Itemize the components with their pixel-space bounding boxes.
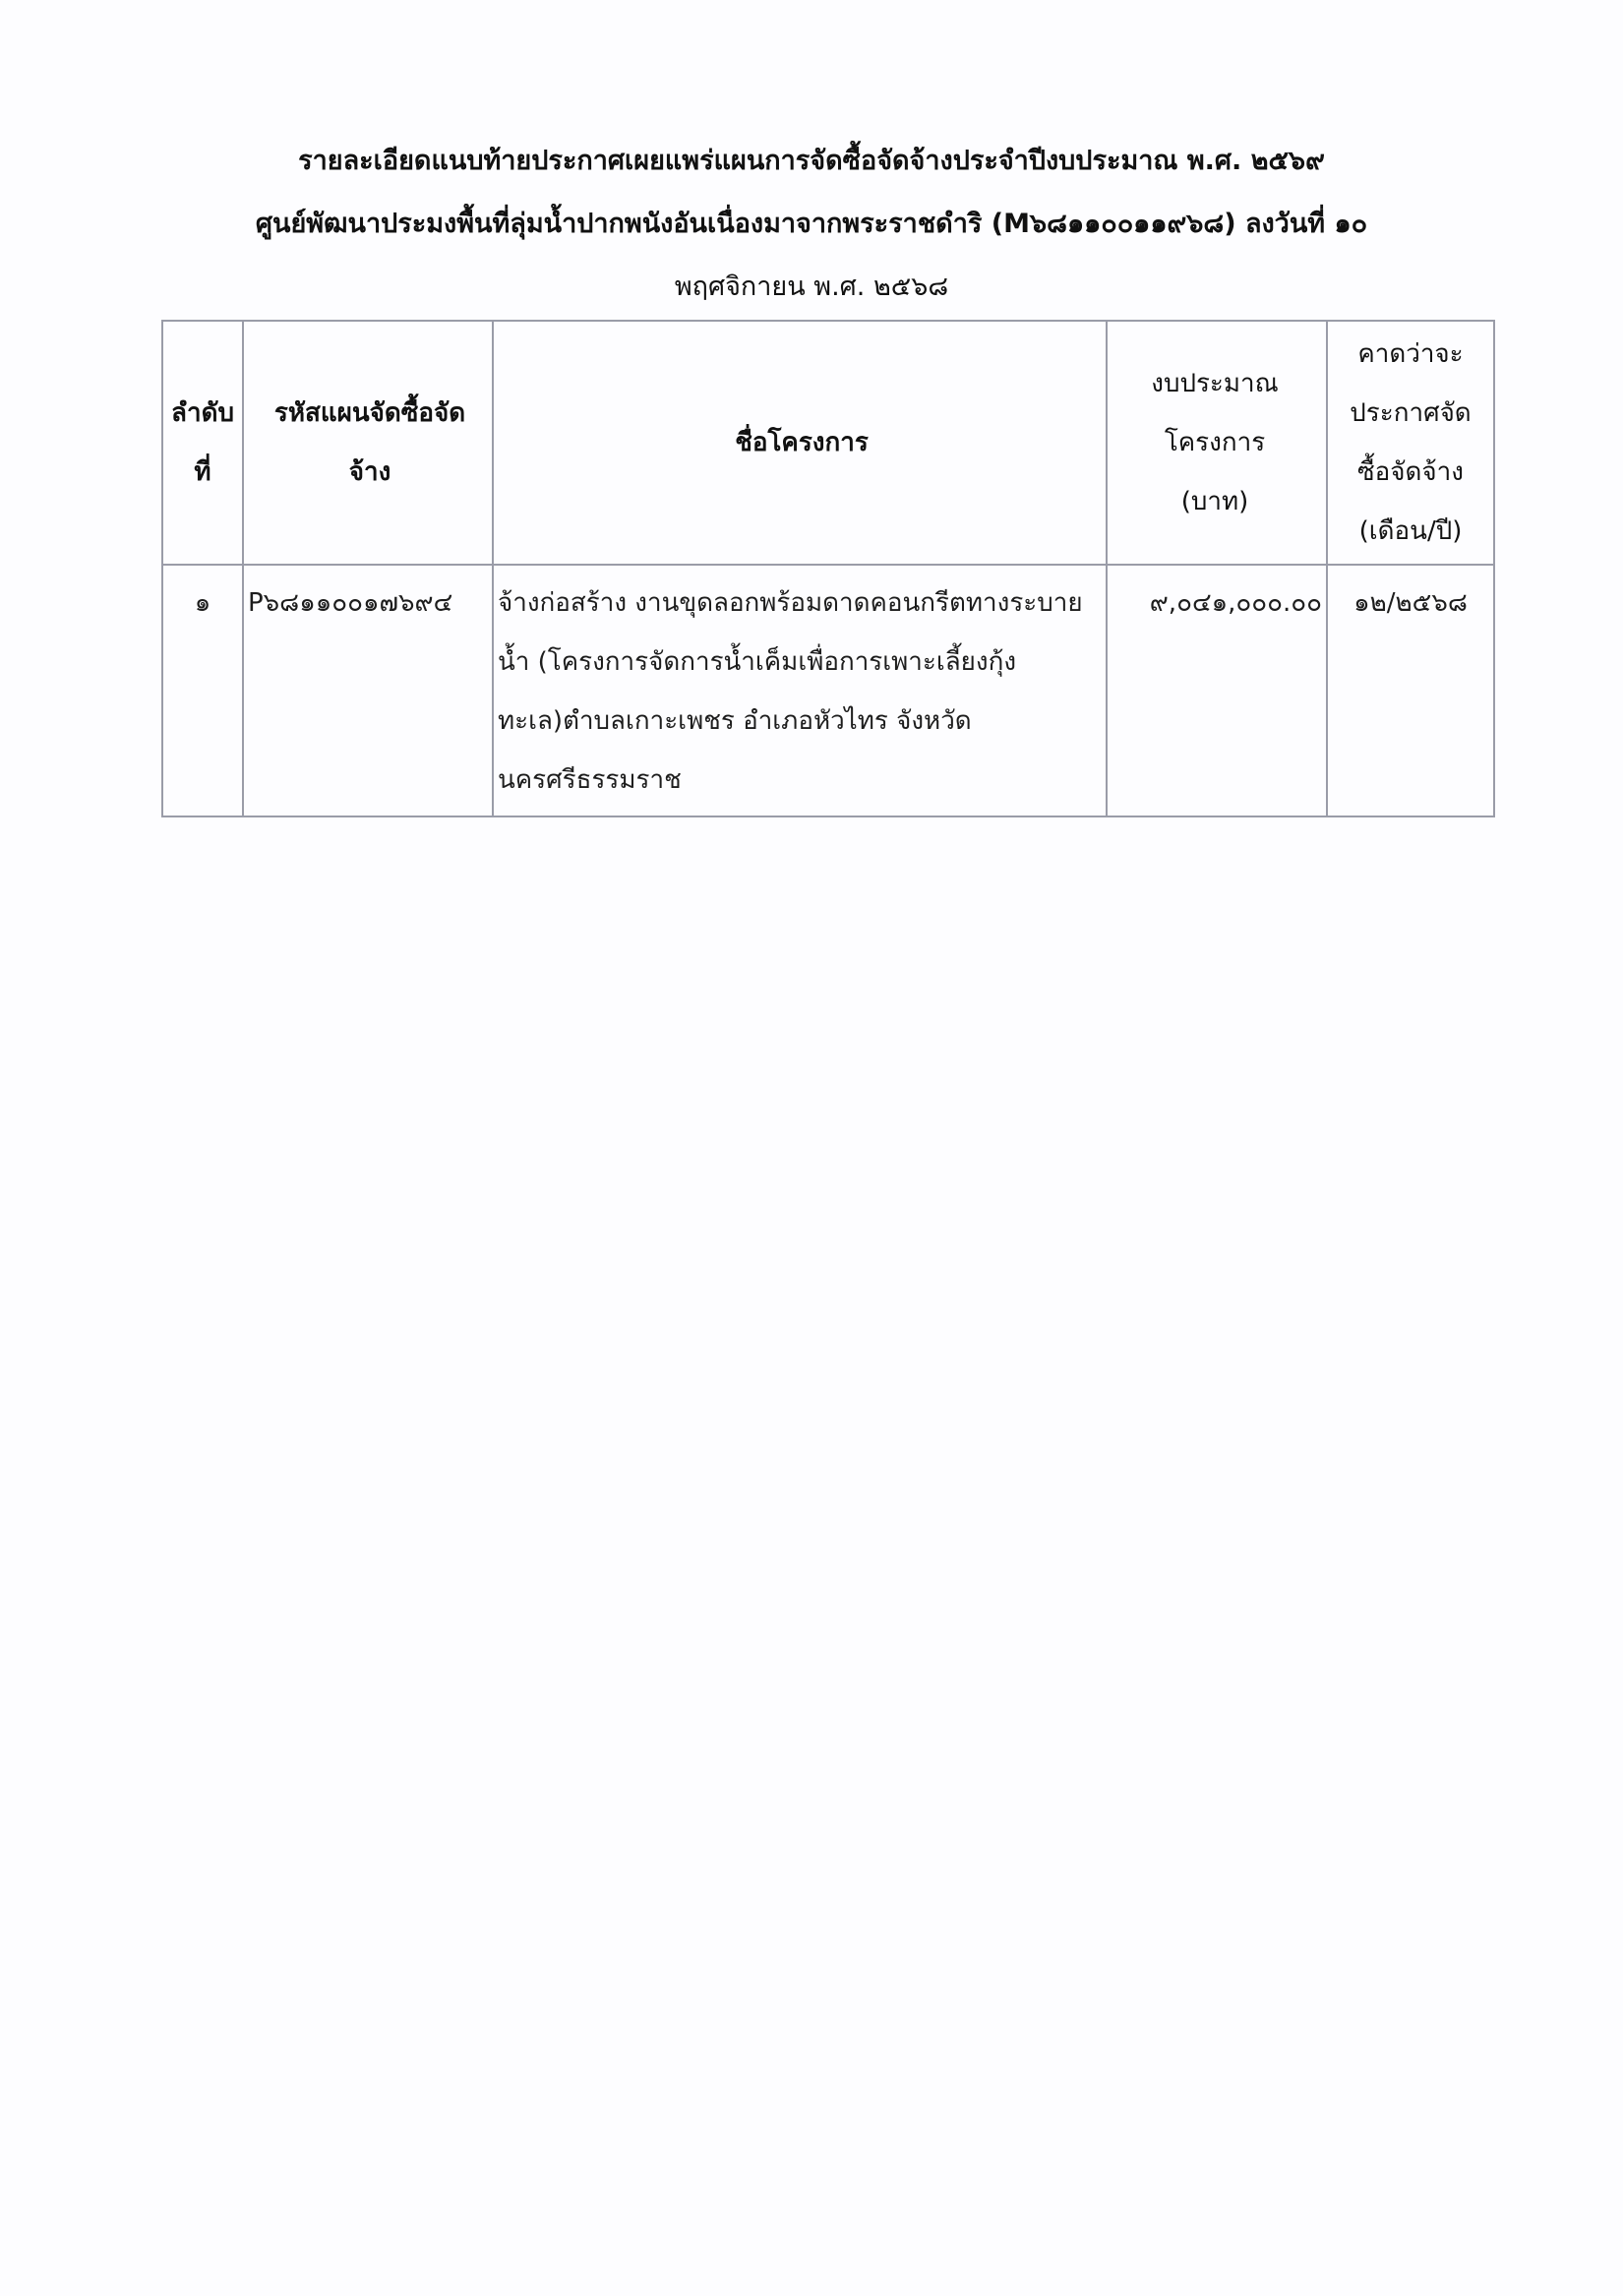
cell-budget: ๙,๐๔๑,๐๐๐.๐๐: [1107, 565, 1327, 816]
header-plan-code: รหัสแผนจัดซื้อจัด จ้าง: [243, 321, 493, 565]
header-budget: งบประมาณ โครงการ (บาท): [1107, 321, 1327, 565]
cell-expected-date: ๑๒/๒๕๖๘: [1327, 565, 1494, 816]
header-expected-date: คาดว่าจะ ประกาศจัด ซื้อจัดจ้าง (เดือน/ปี…: [1327, 321, 1494, 565]
cell-no: ๑: [162, 565, 243, 816]
table-row: ๑ P๖๘๑๑๐๐๑๗๖๙๔ จ้างก่อสร้าง งานขุดลอกพร้…: [162, 565, 1494, 816]
document-title: รายละเอียดแนบท้ายประกาศเผยแพร่แผนการจัดซ…: [0, 130, 1623, 319]
header-project-name: ชื่อโครงการ: [493, 321, 1107, 565]
table-header-row: ลำดับ ที่ รหัสแผนจัดซื้อจัด จ้าง ชื่อโคร…: [162, 321, 1494, 565]
title-line-2: ศูนย์พัฒนาประมงพื้นที่ลุ่มน้ำปากพนังอันเ…: [0, 193, 1623, 256]
title-line-3: พฤศจิกายน พ.ศ. ๒๕๖๘: [0, 256, 1623, 319]
cell-project-name: จ้างก่อสร้าง งานขุดลอกพร้อมดาดคอนกรีตทาง…: [493, 565, 1107, 816]
procurement-plan-table: ลำดับ ที่ รหัสแผนจัดซื้อจัด จ้าง ชื่อโคร…: [161, 320, 1495, 817]
header-no: ลำดับ ที่: [162, 321, 243, 565]
cell-plan-code: P๖๘๑๑๐๐๑๗๖๙๔: [243, 565, 493, 816]
title-line-1: รายละเอียดแนบท้ายประกาศเผยแพร่แผนการจัดซ…: [0, 130, 1623, 193]
